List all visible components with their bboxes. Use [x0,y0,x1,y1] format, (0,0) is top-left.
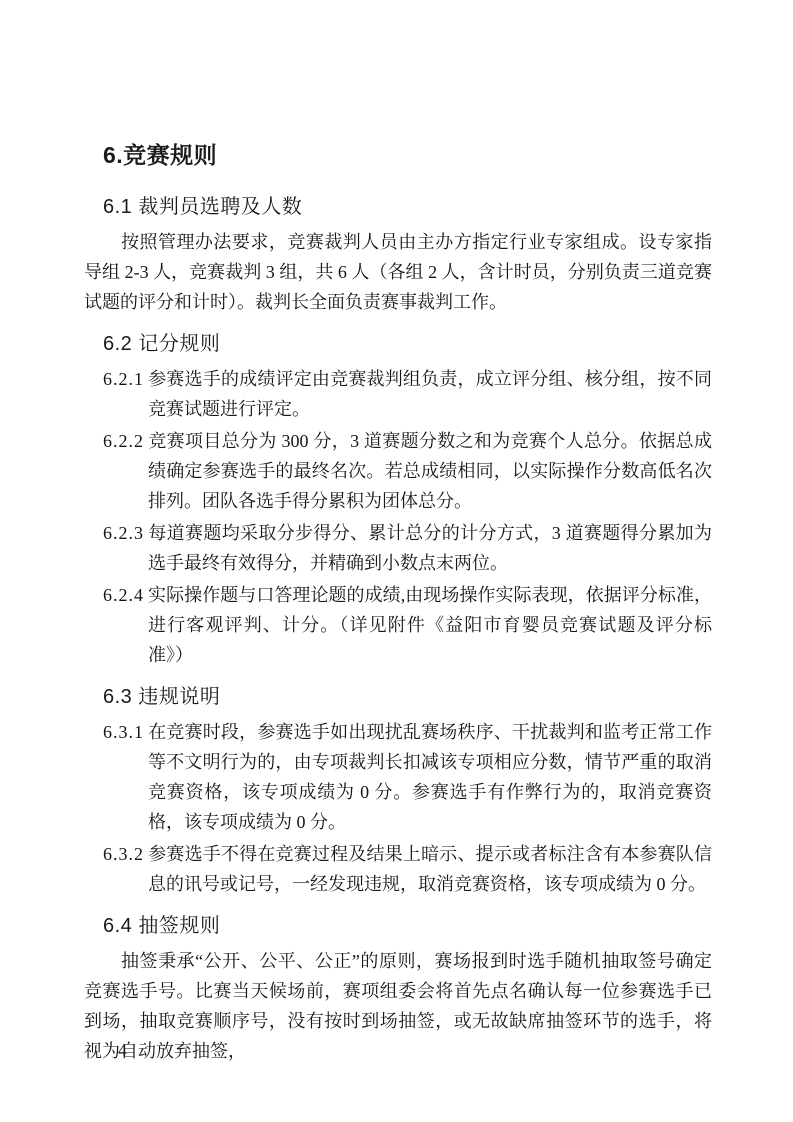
item-number: 6.2.4 [103,580,148,610]
item-text: 实际操作题与口答理论题的成绩,由现场操作实际表现，依据评分标准，进行客观评判、计… [148,585,712,665]
item-text: 每道赛题均采取分步得分、累计总分的计分方式，3 道赛题得分累加为选手最终有效得分… [148,523,712,573]
document-page: 6.竞赛规则 6.1 裁判员选聘及人数 按照管理办法要求，竞赛裁判人员由主办方指… [0,0,793,1122]
item-text: 在竞赛时段，参赛选手如出现扰乱赛场秩序、干扰裁判和监考正常工作等不文明行为的，由… [148,722,712,832]
numbered-item-6-2-2: 6.2.2竞赛项目总分为 300 分，3 道赛题分数之和为竞赛个人总分。依据总成… [103,426,712,516]
section-heading-6-1: 6.1 裁判员选聘及人数 [103,193,712,221]
body-paragraph-6-1: 按照管理办法要求，竞赛裁判人员由主办方指定行业专家组成。设专家指导组 2-3 人… [84,227,712,317]
section-heading-6-3: 6.3 违规说明 [103,683,712,711]
numbered-item-6-2-1: 6.2.1参赛选手的成绩评定由竞赛裁判组负责，成立评分组、核分组，按不同竞赛试题… [103,364,712,424]
item-number: 6.3.1 [103,717,148,747]
doc-title: 6.竞赛规则 [103,140,712,170]
item-text: 参赛选手不得在竞赛过程及结果上暗示、提示或者标注含有本参赛队信息的讯号或记号，一… [148,844,712,894]
item-number: 6.2.3 [103,518,148,548]
numbered-item-6-3-2: 6.3.2参赛选手不得在竞赛过程及结果上暗示、提示或者标注含有本参赛队信息的讯号… [103,839,712,899]
item-text: 竞赛项目总分为 300 分，3 道赛题分数之和为竞赛个人总分。依据总成绩确定参赛… [148,431,712,511]
section-heading-6-4: 6.4 抽签规则 [103,912,712,940]
item-number: 6.2.2 [103,426,148,456]
page-number: 4 [118,1035,127,1065]
numbered-item-6-2-4: 6.2.4实际操作题与口答理论题的成绩,由现场操作实际表现，依据评分标准，进行客… [103,580,712,670]
section-heading-6-2: 6.2 记分规则 [103,330,712,358]
numbered-item-6-3-1: 6.3.1在竞赛时段，参赛选手如出现扰乱赛场秩序、干扰裁判和监考正常工作等不文明… [103,717,712,837]
body-paragraph-6-4: 抽签秉承“公开、公平、公正”的原则，赛场报到时选手随机抽取签号确定竞赛选手号。比… [84,946,712,1066]
item-text: 参赛选手的成绩评定由竞赛裁判组负责，成立评分组、核分组，按不同竞赛试题进行评定。 [148,369,712,419]
item-number: 6.3.2 [103,839,148,869]
numbered-item-6-2-3: 6.2.3每道赛题均采取分步得分、累计总分的计分方式，3 道赛题得分累加为选手最… [103,518,712,578]
item-number: 6.2.1 [103,364,148,394]
document-body: 6.竞赛规则 6.1 裁判员选聘及人数 按照管理办法要求，竞赛裁判人员由主办方指… [84,140,712,1066]
